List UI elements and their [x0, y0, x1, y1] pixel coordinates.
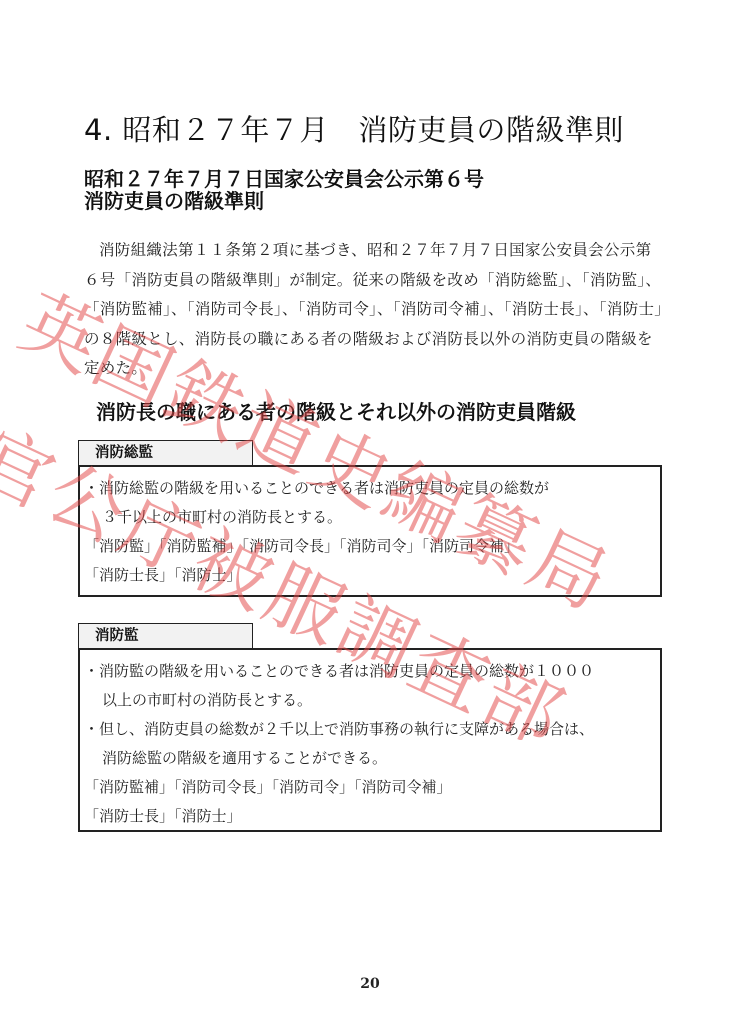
- box-line: 「消防士長」「消防士」: [84, 802, 652, 831]
- box-tab-shobo-kan: 消防監: [78, 623, 253, 648]
- box-line: 消防総監の階級を適用することができる。: [84, 744, 652, 773]
- box-tab-shobo-sokan: 消防総監: [78, 440, 253, 465]
- subtitle-line-2: 消防吏員の階級準則: [84, 190, 484, 212]
- document-page: 4. 昭和２７年７月 消防吏員の階級準則 昭和２７年７月７日国家公安員会公示第６…: [0, 0, 740, 1024]
- subtitle: 昭和２７年７月７日国家公安員会公示第６号 消防吏員の階級準則: [84, 168, 484, 212]
- box-line: ・消防総監の階級を用いることのできる者は消防吏員の定員の総数が: [84, 474, 652, 503]
- body-paragraph: 消防組織法第１１条第２項に基づき、昭和２７年７月７日国家公安員会公示第６号「消防…: [84, 236, 664, 384]
- box-line: 以上の市町村の消防長とする。: [84, 686, 652, 715]
- box-shobo-sokan: ・消防総監の階級を用いることのできる者は消防吏員の定員の総数が ３千以上の市町村…: [78, 465, 662, 597]
- box-shobo-kan: ・消防監の階級を用いることのできる者は消防吏員の定員の総数が１０００ 以上の市町…: [78, 648, 662, 832]
- subtitle-line-1: 昭和２７年７月７日国家公安員会公示第６号: [84, 168, 484, 190]
- box-line: 「消防士長」「消防士」: [84, 561, 652, 590]
- box-line: 「消防監補」「消防司令長」「消防司令」「消防司令補」: [84, 773, 652, 802]
- section-heading: 消防長の職にある者の階級とそれ以外の消防吏員階級: [96, 396, 576, 425]
- page-number: 20: [0, 976, 740, 992]
- box-line: ・消防監の階級を用いることのできる者は消防吏員の定員の総数が１０００: [84, 657, 652, 686]
- box-line: 「消防監」「消防監補」「消防司令長」「消防司令」「消防司令補」: [84, 532, 652, 561]
- box-line: ・但し、消防吏員の総数が２千以上で消防事務の執行に支障がある場合は、: [84, 715, 652, 744]
- box-line: ３千以上の市町村の消防長とする。: [84, 503, 652, 532]
- page-title: 4. 昭和２７年７月 消防吏員の階級準則: [84, 108, 624, 149]
